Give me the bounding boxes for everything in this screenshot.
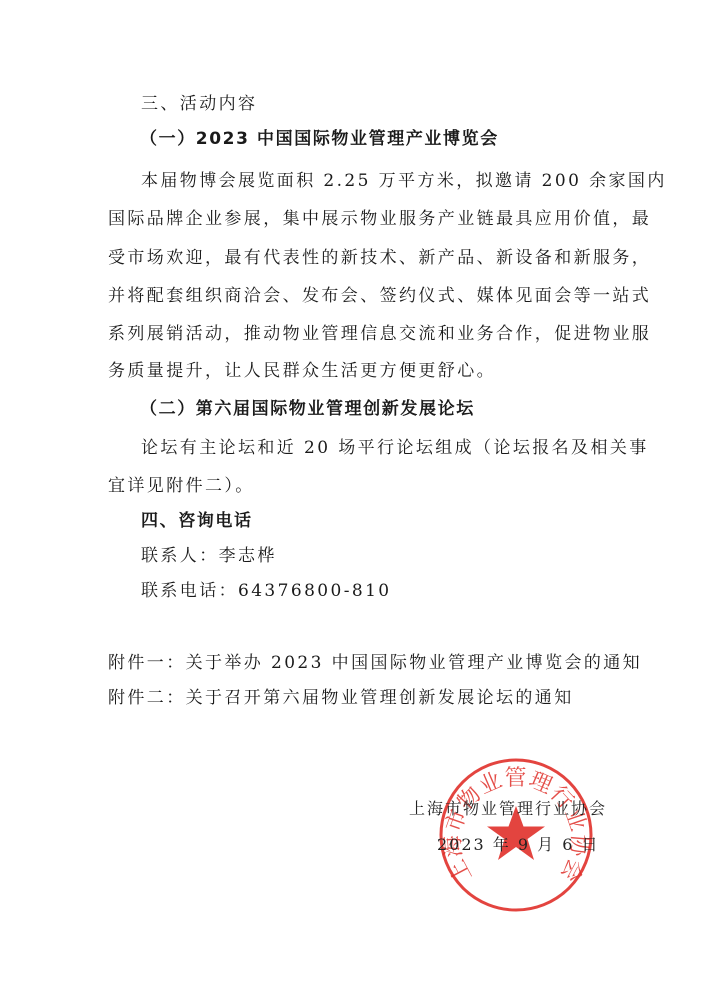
paragraph-line: 国际品牌企业参展，集中展示物业服务产业链最具应用价值，最 [108, 208, 651, 230]
paragraph-line: 宜详见附件二）。 [108, 475, 255, 497]
section-heading-activities: 三、活动内容 [141, 93, 257, 115]
signature-date: 2023 年 9 月 6 日 [437, 835, 600, 855]
section-heading-inquiry: 四、咨询电话 [141, 510, 253, 532]
paragraph-line: 并将配套组织商洽会、发布会、签约仪式、媒体见面会等一站式 [108, 285, 651, 307]
paragraph-line: 本届物博会展览面积 2.25 万平方米，拟邀请 200 余家国内 [141, 170, 667, 192]
paragraph-line: 系列展销活动，推动物业管理信息交流和业务合作，促进物业服 [108, 323, 651, 345]
subsection-heading-forum: （二）第六届国际物业管理创新发展论坛 [140, 398, 475, 420]
attachment-item: 附件一：关于举办 2023 中国国际物业管理产业博览会的通知 [108, 652, 642, 674]
contact-phone: 联系电话：64376800-810 [141, 580, 392, 602]
paragraph-line: 受市场欢迎，最有代表性的新技术、新产品、新设备和新服务， [108, 247, 651, 269]
paragraph-line: 论坛有主论坛和近 20 场平行论坛组成（论坛报名及相关事 [141, 437, 649, 459]
attachment-item: 附件二：关于召开第六届物业管理创新发展论坛的通知 [108, 687, 574, 709]
contact-person: 联系人：李志桦 [141, 545, 277, 567]
subsection-heading-expo: （一）2023 中国国际物业管理产业博览会 [140, 128, 499, 150]
signature-organization: 上海市物业管理行业协会 [409, 799, 607, 819]
paragraph-line: 务质量提升，让人民群众生活更方便更舒心。 [108, 360, 496, 382]
